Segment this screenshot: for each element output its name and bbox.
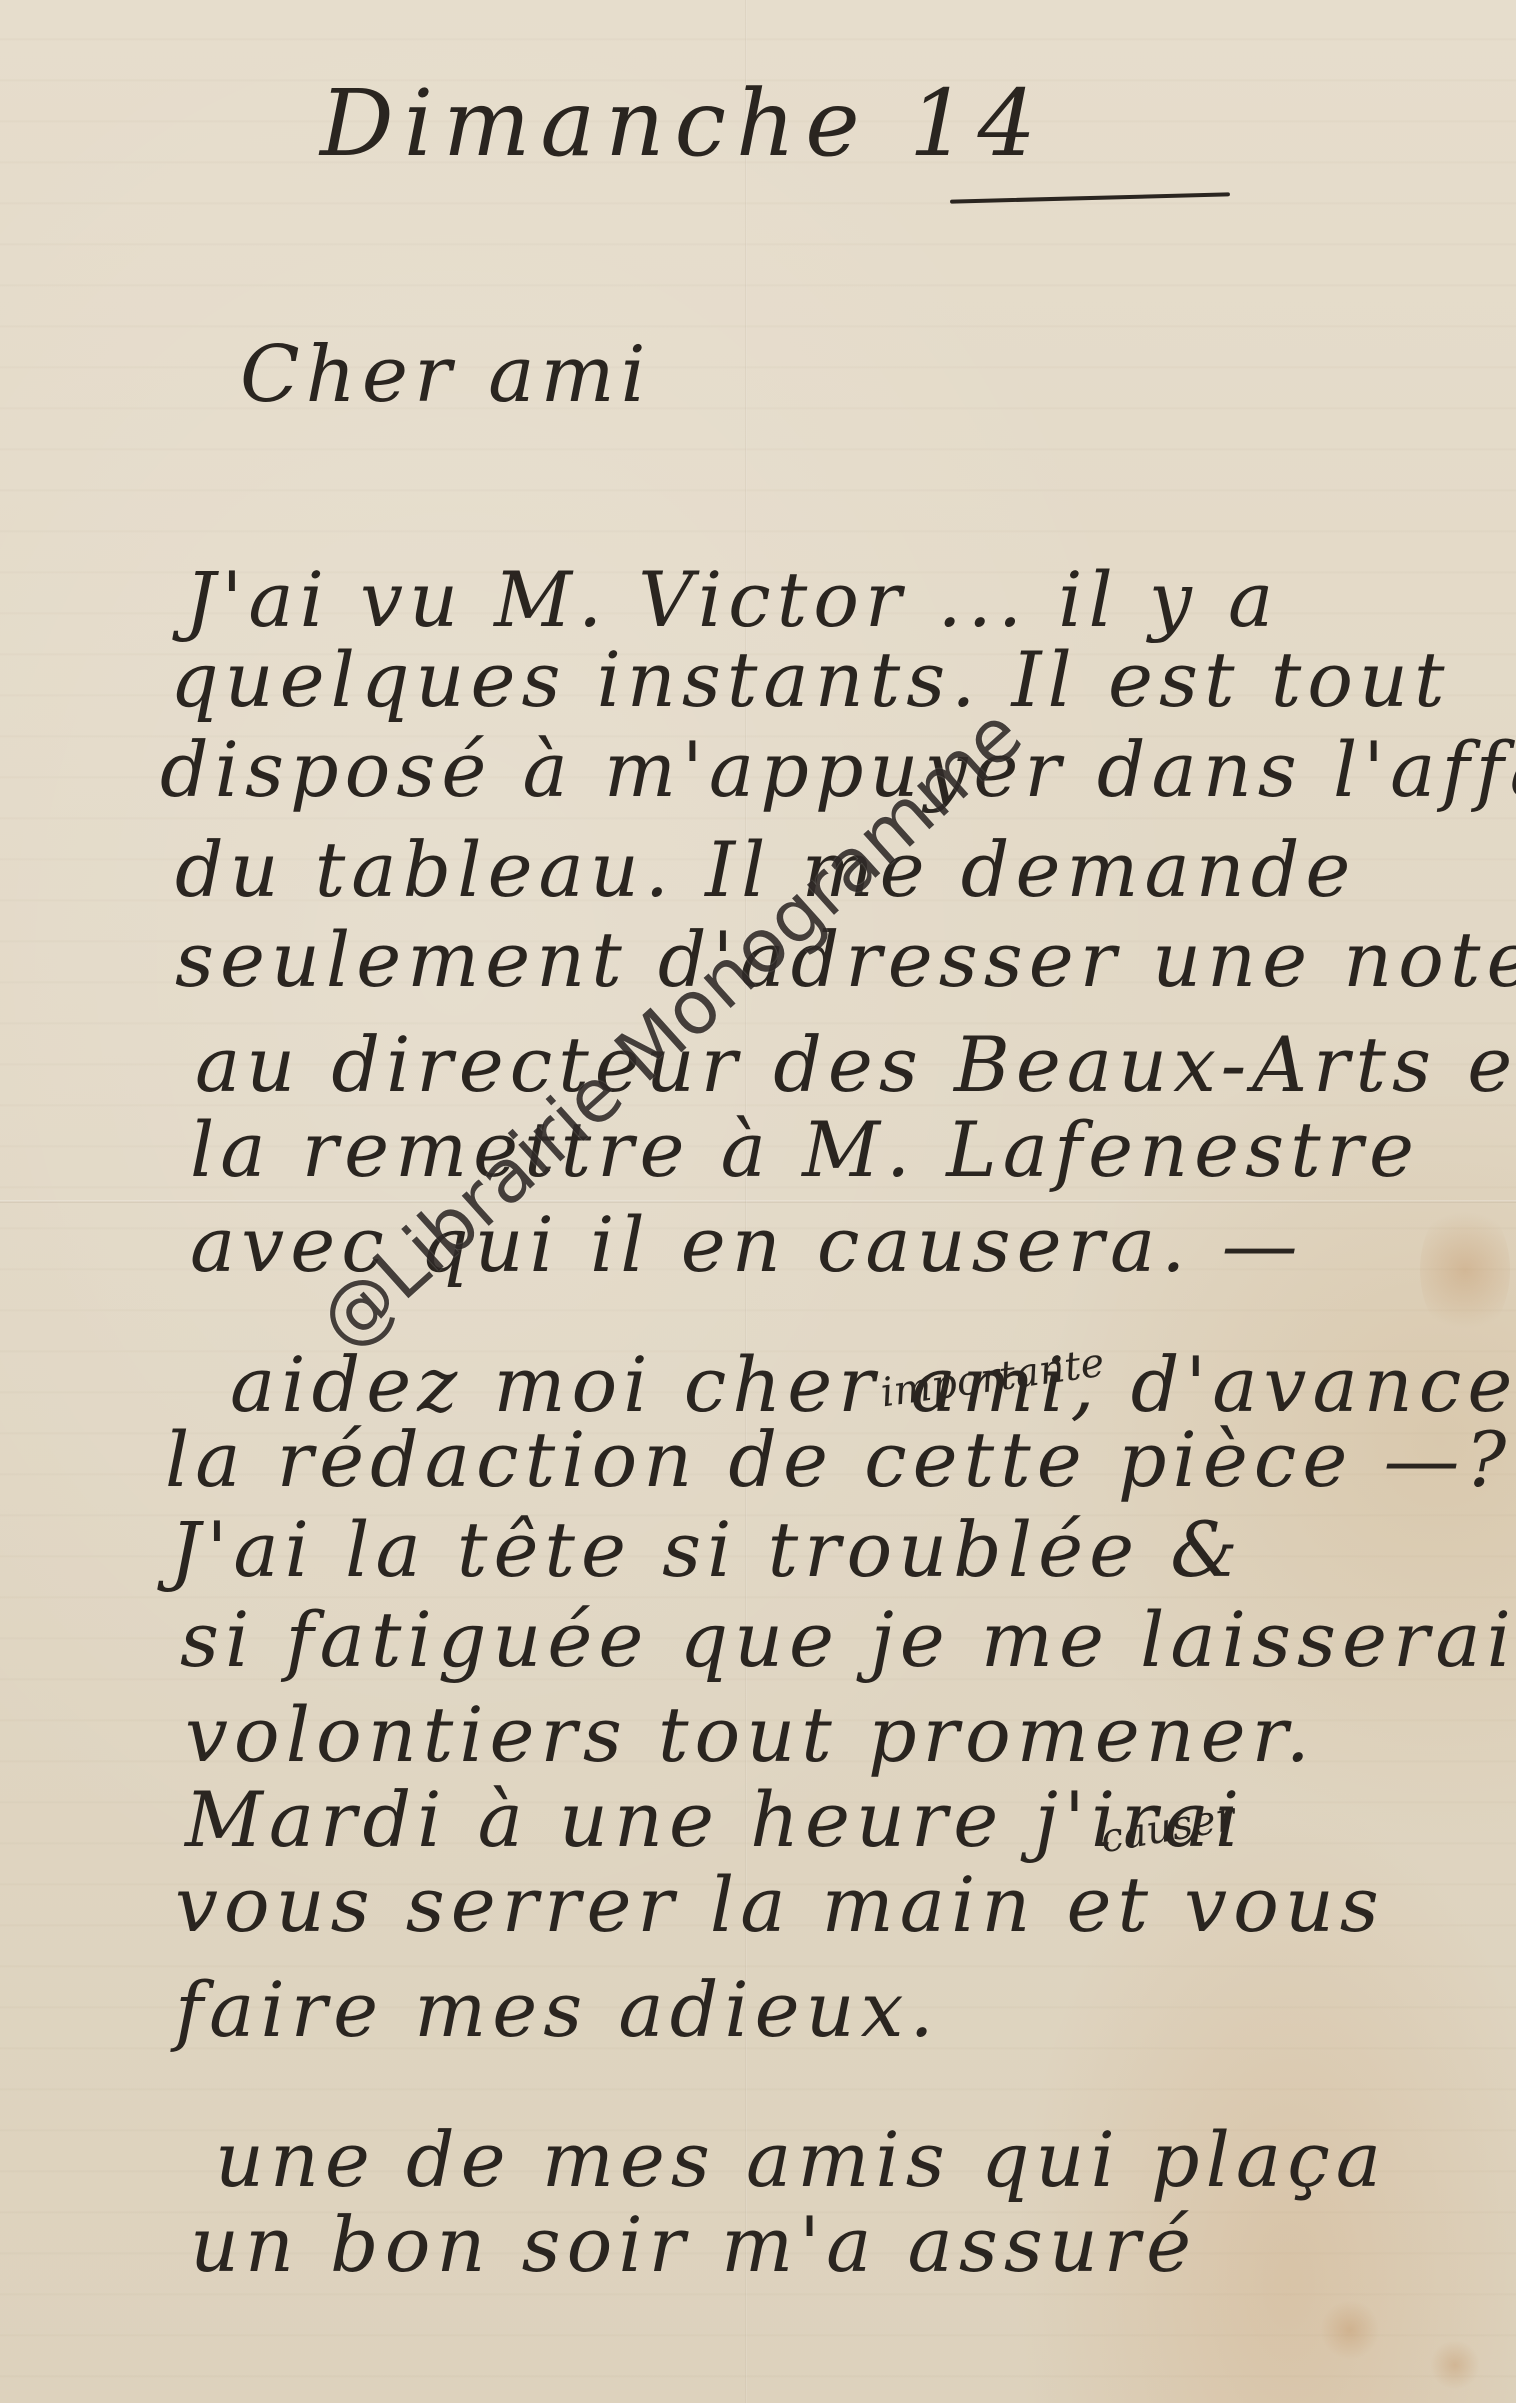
letter-line: un bon soir m'a assuré [190, 2200, 1197, 2289]
letter-line: disposé à m'appuyer dans l'affaire [160, 725, 1516, 814]
letter-line: faire mes adieux. [175, 1965, 940, 2054]
letter-line: vous serrer la main et vous [175, 1860, 1385, 1949]
letter-line: J'ai la tête si troublée & [170, 1505, 1244, 1594]
foxing-stain [1320, 2300, 1380, 2360]
dateline-underline [950, 192, 1230, 203]
letter-line: la rédaction de cette pièce —? [165, 1415, 1512, 1504]
letter-salutation: Cher ami [240, 330, 652, 420]
letter-line: une de mes amis qui plaça [215, 2115, 1387, 2204]
letter-line: volontiers tout promener. [185, 1690, 1316, 1779]
letter-line: la remettre à M. Lafenestre [190, 1105, 1420, 1194]
letter-line: Mardi à une heure j'irai [185, 1775, 1245, 1864]
letter-line: J'ai vu M. Victor ... il y a [185, 555, 1279, 644]
letter-line: quelques instants. Il est tout [170, 635, 1450, 724]
letter-line: au directeur des Beaux-Arts et de [195, 1020, 1516, 1109]
letter-page: Dimanche 14 Cher ami J'ai vu M. Victor .… [0, 0, 1516, 2403]
letter-dateline: Dimanche 14 [320, 70, 1046, 177]
foxing-stain [1430, 2340, 1480, 2390]
letter-line: si fatiguée que je me laisserais [180, 1595, 1516, 1684]
foxing-stain [1420, 1200, 1510, 1340]
